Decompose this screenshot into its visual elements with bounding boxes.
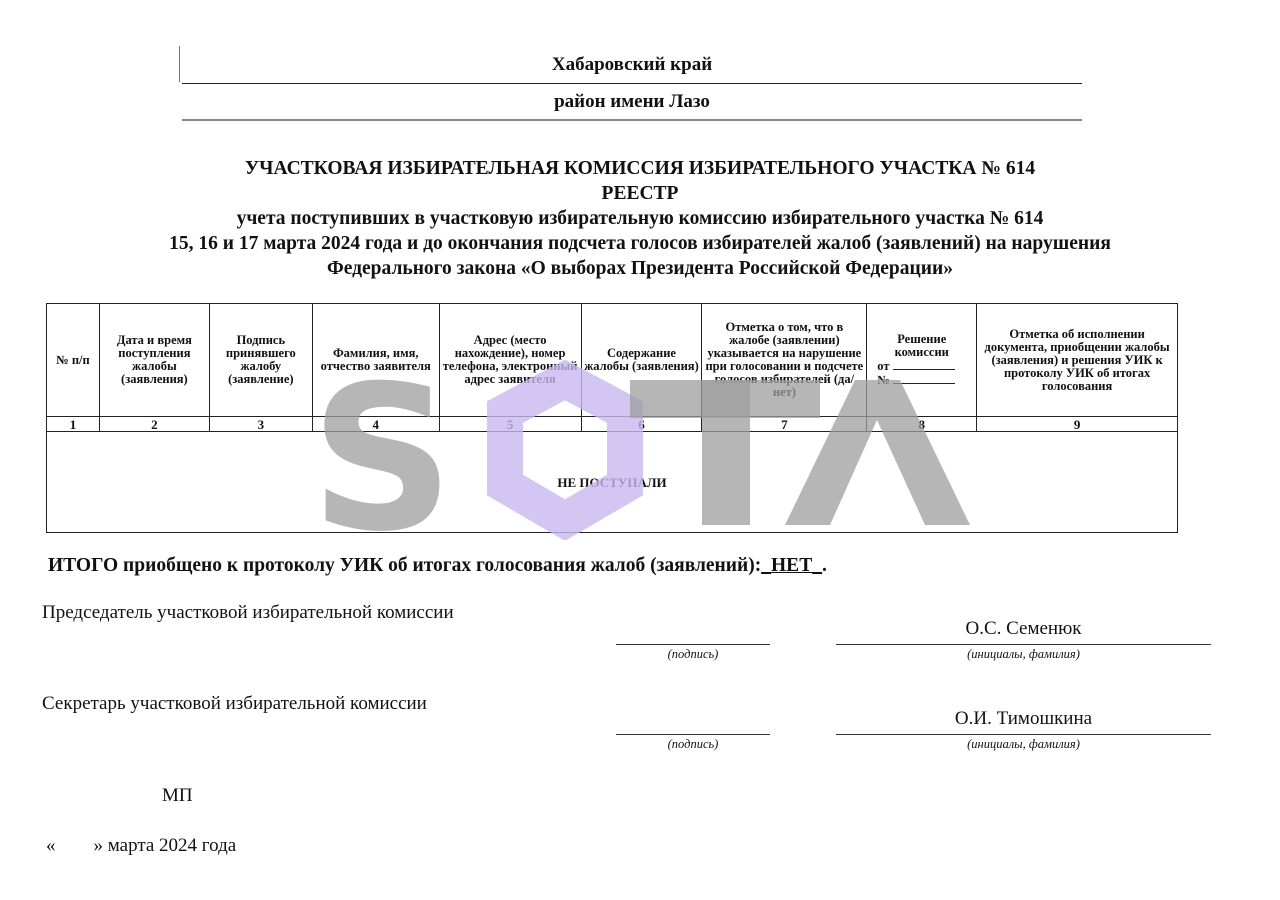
register-subtitle-1: учета поступивших в участковую избирател… [60,206,1220,231]
register-subtitle-3: Федерального закона «О выборах Президент… [60,256,1220,281]
column-number: 8 [867,417,977,432]
header-number: № п/п [47,304,100,417]
chairman-role: Председатель участковой избирательной ко… [42,602,454,624]
chairman-signature-caption: (подпись) [616,647,770,662]
column-number: 2 [99,417,209,432]
secretary-role: Секретарь участковой избирательной комис… [42,693,427,715]
header-date-time: Дата и время поступления жалобы (заявлен… [99,304,209,417]
column-number: 5 [439,417,581,432]
empty-row: НЕ ПОСТУПАЛИ [47,432,1178,533]
chairman-name: О.С. Семенюк [836,618,1211,640]
table-header-row: № п/п Дата и время поступления жалобы (з… [47,304,1178,417]
column-number: 1 [47,417,100,432]
header-applicant-name: Фамилия, имя, отчество заявителя [312,304,439,417]
header-applicant-address: Адрес (место нахождение), номер телефона… [439,304,581,417]
total-summary: ИТОГО приобщено к протоколу УИК об итога… [48,555,827,577]
register-title: РЕЕСТР [60,181,1220,206]
secretary-name-caption: (инициалы, фамилия) [836,737,1211,752]
margin-line [179,46,180,82]
column-number: 3 [209,417,312,432]
secretary-signature-caption: (подпись) [616,737,770,752]
chairman-name-caption: (инициалы, фамилия) [836,647,1211,662]
header-receiver-signature: Подпись принявшего жалобу (заявление) [209,304,312,417]
decision-from-line: от [869,359,974,373]
region-underline [182,83,1082,84]
column-numbers-row: 1 2 3 4 5 6 7 8 9 [47,417,1178,432]
secretary-signature-line [616,734,770,735]
column-number: 6 [581,417,702,432]
district-underline [182,119,1082,121]
date-line: «» марта 2024 года [46,835,236,857]
chairman-name-line [836,644,1211,645]
secretary-name: О.И. Тимошкина [836,708,1211,730]
total-value: _НЕТ_ [761,555,822,576]
header-execution-mark: Отметка об исполнении документа, приобще… [977,304,1178,417]
district-name: район имени Лазо [182,91,1082,113]
region-name: Хабаровский край [182,54,1082,76]
complaints-register-table: № п/п Дата и время поступления жалобы (з… [46,303,1178,533]
secretary-name-line [836,734,1211,735]
header-commission-decision: Решение комиссии от № [867,304,977,417]
column-number: 9 [977,417,1178,432]
column-number: 4 [312,417,439,432]
header-violation-mark: Отметка о том, что в жалобе (заявлении) … [702,304,867,417]
chairman-signature-line [616,644,770,645]
header-complaint-content: Содержание жалобы (заявления) [581,304,702,417]
decision-label: Решение комиссии [869,333,974,359]
register-subtitle-2: 15, 16 и 17 марта 2024 года и до окончан… [60,231,1220,256]
column-number: 7 [702,417,867,432]
commission-title: УЧАСТКОВАЯ ИЗБИРАТЕЛЬНАЯ КОМИССИЯ ИЗБИРА… [60,156,1220,181]
document-title: УЧАСТКОВАЯ ИЗБИРАТЕЛЬНАЯ КОМИССИЯ ИЗБИРА… [60,156,1220,281]
stamp-place-label: МП [162,785,193,807]
empty-message: НЕ ПОСТУПАЛИ [47,432,1178,533]
decision-number-line: № [869,373,974,387]
